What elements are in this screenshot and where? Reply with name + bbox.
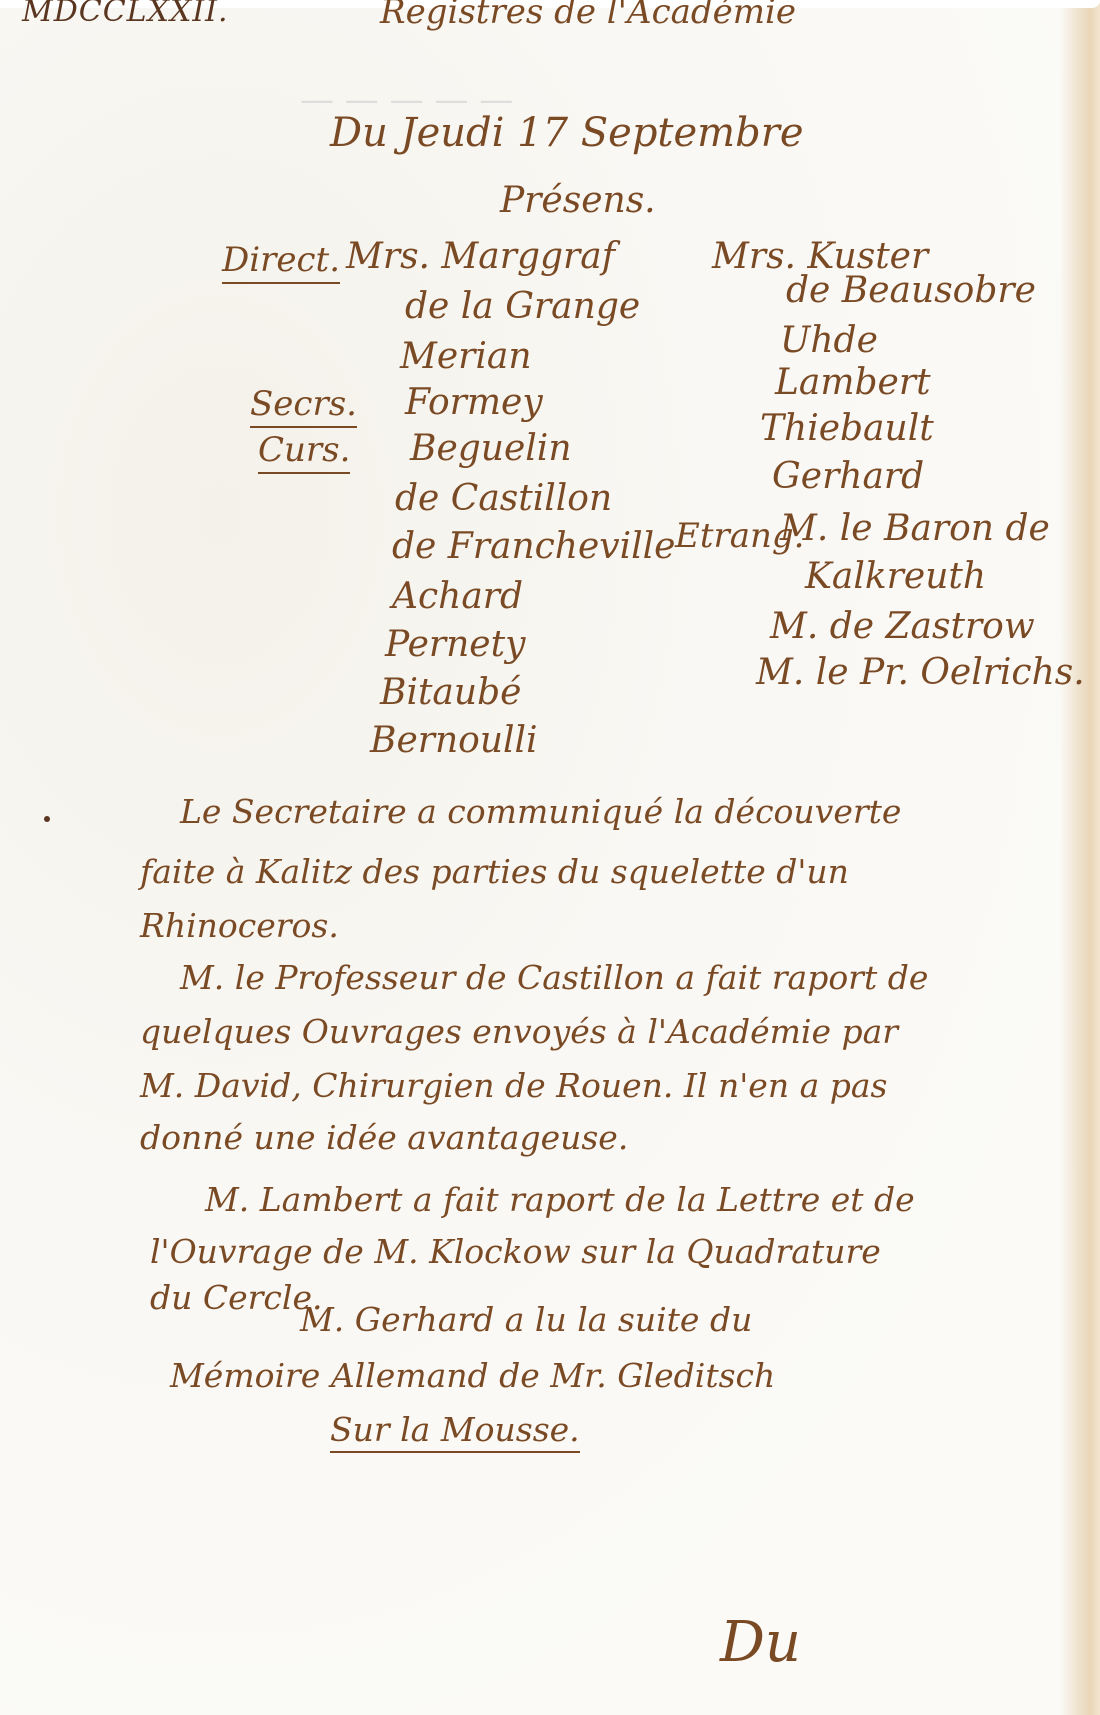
role-director: Direct.: [222, 240, 340, 284]
present-heading: Présens.: [500, 180, 656, 221]
role-curators: Curs.: [258, 430, 350, 474]
attendee-name: de Beausobre: [786, 270, 1036, 311]
minute-line: M. Lambert a fait raport de la Lettre et…: [205, 1180, 915, 1219]
attendee-name: Formey: [405, 382, 543, 423]
attendee-name: Bernoulli: [370, 720, 538, 761]
attendee-name: M. le Pr. Oelrichs.: [756, 652, 1085, 693]
attendee-name: Kalkreuth: [805, 556, 986, 597]
attendee-name: Beguelin: [410, 428, 572, 469]
attendee-name: Achard: [392, 576, 523, 617]
memoir-title: Sur la Mousse.: [330, 1410, 580, 1453]
minute-line: du Cercle.: [150, 1278, 322, 1317]
attendee-name: Uhde: [780, 320, 878, 361]
minute-line: M. David, Chirurgien de Rouen. Il n'en a…: [140, 1066, 887, 1105]
attendee-name: de Castillon: [395, 478, 612, 519]
attendee-name: Gerhard: [772, 456, 924, 497]
margin-dot: [44, 816, 50, 822]
bleed-through-text: [170, 220, 180, 268]
session-date: Du Jeudi 17 Septembre: [330, 110, 804, 156]
attendee-name: de la Grange: [405, 286, 640, 327]
minute-line: Rhinoceros.: [140, 906, 339, 945]
minute-line: quelques Ouvrages envoyés à l'Académie p…: [140, 1012, 898, 1051]
attendee-name: Merian: [400, 336, 532, 377]
minute-line: l'Ouvrage de M. Klockow sur la Quadratur…: [150, 1232, 881, 1271]
attendee-name: M. de Zastrow: [770, 606, 1035, 647]
minute-line: Mémoire Allemand de Mr. Gleditsch: [170, 1356, 775, 1395]
attendee-name: Bitaubé: [380, 672, 521, 713]
minute-line: faite à Kalitz des parties du squelette …: [140, 852, 849, 891]
attendee-name: de Francheville: [392, 526, 675, 567]
role-secretary: Secrs.: [250, 384, 357, 428]
minute-line: M. Gerhard a lu la suite du: [300, 1300, 752, 1339]
minute-line: M. le Professeur de Castillon a fait rap…: [180, 958, 928, 997]
attendee-name: Lambert: [775, 362, 931, 403]
attendee-name: M. le Baron de: [780, 508, 1050, 549]
manuscript-page: — — — — — MDCCLXXII. Registres de l'Acad…: [0, 0, 1100, 1715]
year-numeral: MDCCLXXII.: [22, 0, 229, 29]
minute-line: donné une idée avantageuse.: [140, 1118, 628, 1157]
catchword: Du: [720, 1610, 801, 1675]
attendee-name: Mrs. Marggraf: [346, 236, 615, 277]
minute-line: Le Secretaire a communiqué la découverte: [180, 792, 901, 831]
register-title: Registres de l'Académie: [380, 0, 796, 32]
attendee-name: Thiebault: [760, 408, 934, 449]
attendee-name: Pernety: [385, 624, 525, 665]
